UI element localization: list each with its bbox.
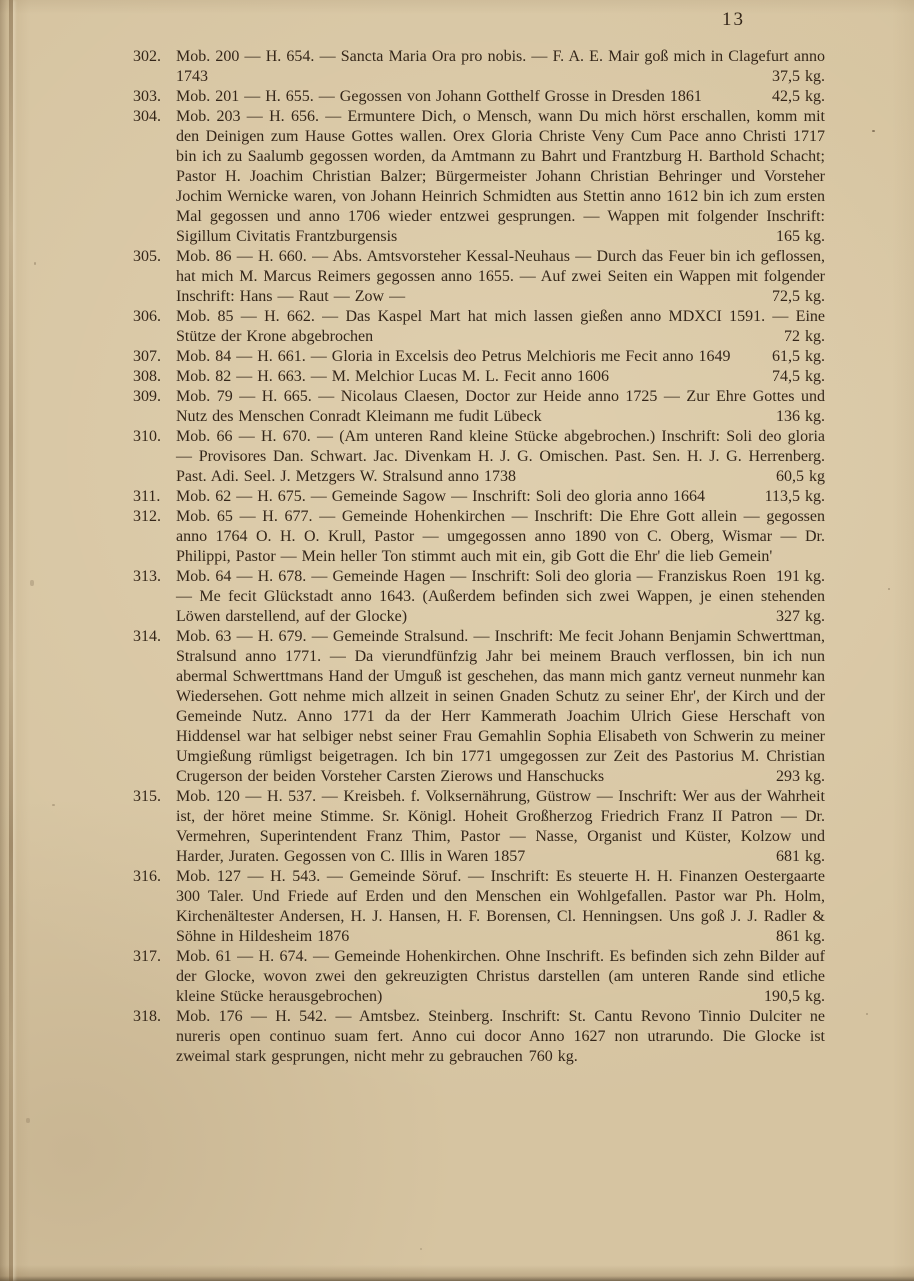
- entry-text: Mob. 62 — H. 675. — Gemeinde Sagow — Ins…: [176, 487, 825, 507]
- entry-weight: 74,5 kg.: [762, 367, 825, 387]
- register-entry-303: 303. Mob. 201 — H. 655. — Gegossen von J…: [133, 87, 825, 107]
- entry-number: 312.: [133, 507, 173, 527]
- entry-description: Mob. 200 — H. 654. — Sancta Maria Ora pr…: [176, 48, 825, 85]
- paper-speck: [34, 262, 36, 265]
- entry-text: Mob. 86 — H. 660. — Abs. Amtsvorsteher K…: [176, 247, 825, 307]
- register-entry-307: 307. Mob. 84 — H. 661. — Gloria in Excel…: [133, 347, 825, 367]
- paper-speck: [872, 130, 875, 132]
- entry-weight: 42,5 kg.: [762, 87, 825, 107]
- register-entry-314: 314. Mob. 63 — H. 679. — Gemeinde Strals…: [133, 627, 825, 787]
- entry-text: Mob. 63 — H. 679. — Gemeinde Stralsund. …: [176, 627, 825, 787]
- register-entry-315: 315. Mob. 120 — H. 537. — Kreisbeh. f. V…: [133, 787, 825, 867]
- entry-text: Mob. 85 — H. 662. — Das Kaspel Mart hat …: [176, 307, 825, 347]
- entry-text: Mob. 201 — H. 655. — Gegossen von Johann…: [176, 87, 825, 107]
- entry-weight: 681 kg.: [766, 847, 825, 867]
- register-entry-311: 311. Mob. 62 — H. 675. — Gemeinde Sagow …: [133, 487, 825, 507]
- entry-text: Mob. 65 — H. 677. — Gemeinde Hohenkirche…: [176, 507, 825, 567]
- entry-weight: 293 kg.: [766, 767, 825, 787]
- entry-weight: 72,5 kg.: [762, 287, 825, 307]
- entry-description: Mob. 62 — H. 675. — Gemeinde Sagow — Ins…: [176, 488, 705, 505]
- paper-speck: [30, 580, 34, 586]
- entry-description: Mob. 66 — H. 670. — (Am unteren Rand kle…: [176, 428, 825, 485]
- register-entry-310: 310. Mob. 66 — H. 670. — (Am unteren Ran…: [133, 427, 825, 487]
- entry-weight: 165 kg.: [766, 227, 825, 247]
- entry-description: Mob. 127 — H. 543. — Gemeinde Söruf. — I…: [176, 868, 825, 945]
- register-entry-313: 313. Mob. 64 — H. 678. — Gemeinde Hagen …: [133, 567, 825, 627]
- bell-register-list: 302. Mob. 200 — H. 654. — Sancta Maria O…: [133, 47, 825, 1067]
- entry-weight: 37,5 kg.: [762, 67, 825, 87]
- entry-weight: 136 kg.: [766, 407, 825, 427]
- entry-description: Mob. 61 — H. 674. — Gemeinde Hohenkirche…: [176, 948, 825, 1005]
- entry-text: Mob. 61 — H. 674. — Gemeinde Hohenkirche…: [176, 947, 825, 1007]
- entry-weight: 760 kg.: [523, 1048, 578, 1065]
- entry-description: Mob. 203 — H. 656. — Ermuntere Dich, o M…: [176, 108, 825, 245]
- entry-text: Mob. 64 — H. 678. — Gemeinde Hagen — Ins…: [176, 567, 825, 627]
- entry-number: 309.: [133, 387, 173, 407]
- entry-description: Mob. 79 — H. 665. — Nicolaus Claesen, Do…: [176, 388, 825, 425]
- entry-weight: 861 kg.: [766, 927, 825, 947]
- entry-text: Mob. 200 — H. 654. — Sancta Maria Ora pr…: [176, 47, 825, 87]
- entry-weight: 327 kg.: [766, 607, 825, 627]
- register-entry-302: 302. Mob. 200 — H. 654. — Sancta Maria O…: [133, 47, 825, 87]
- entry-number: 306.: [133, 307, 173, 327]
- scanned-book-page: 13 302. Mob. 200 — H. 654. — Sancta Mari…: [0, 0, 914, 1281]
- register-entry-318: 318. Mob. 176 — H. 542. — Amtsbez. Stein…: [133, 1007, 825, 1067]
- entry-text: Mob. 127 — H. 543. — Gemeinde Söruf. — I…: [176, 867, 825, 947]
- register-entry-309: 309. Mob. 79 — H. 665. — Nicolaus Claese…: [133, 387, 825, 427]
- entry-description: Mob. 65 — H. 677. — Gemeinde Hohenkirche…: [176, 508, 825, 565]
- entry-number: 316.: [133, 867, 173, 887]
- entry-text: Mob. 82 — H. 663. — M. Melchior Lucas M.…: [176, 367, 825, 387]
- entry-number: 308.: [133, 367, 173, 387]
- register-entry-317: 317. Mob. 61 — H. 674. — Gemeinde Hohenk…: [133, 947, 825, 1007]
- binding-crease: [9, 0, 13, 1281]
- entry-number: 310.: [133, 427, 173, 447]
- entry-weight: 61,5 kg.: [762, 347, 825, 367]
- entry-text: Mob. 176 — H. 542. — Amtsbez. Steinberg.…: [176, 1007, 825, 1067]
- entry-number: 317.: [133, 947, 173, 967]
- paper-speck: [52, 804, 55, 806]
- paper-speck: [420, 1248, 422, 1250]
- entry-weight: 190,5 kg.: [754, 987, 825, 1007]
- entry-number: 302.: [133, 47, 173, 67]
- entry-description: Mob. 84 — H. 661. — Gloria in Excelsis d…: [176, 348, 730, 365]
- entry-text: Mob. 203 — H. 656. — Ermuntere Dich, o M…: [176, 107, 825, 247]
- entry-weight: 60,5 kg: [766, 467, 825, 487]
- register-entry-306: 306. Mob. 85 — H. 662. — Das Kaspel Mart…: [133, 307, 825, 347]
- entry-number: 314.: [133, 627, 173, 647]
- register-entry-305: 305. Mob. 86 — H. 660. — Abs. Amtsvorste…: [133, 247, 825, 307]
- entry-text: Mob. 79 — H. 665. — Nicolaus Claesen, Do…: [176, 387, 825, 427]
- entry-number: 307.: [133, 347, 173, 367]
- entry-weight: 72 kg.: [774, 327, 825, 347]
- entry-number: 313.: [133, 567, 173, 587]
- entry-number: 303.: [133, 87, 173, 107]
- entry-number: 315.: [133, 787, 173, 807]
- register-entry-316: 316. Mob. 127 — H. 543. — Gemeinde Söruf…: [133, 867, 825, 947]
- entry-number: 304.: [133, 107, 173, 127]
- entry-weight: 113,5 kg.: [755, 487, 825, 507]
- paper-speck: [866, 1013, 868, 1015]
- register-entry-312: 312. Mob. 65 — H. 677. — Gemeinde Hohenk…: [133, 507, 825, 567]
- entry-description: Mob. 64 — H. 678. — Gemeinde Hagen — Ins…: [176, 568, 825, 625]
- paper-speck: [26, 1118, 30, 1123]
- page-number: 13: [722, 9, 745, 31]
- entry-number: 311.: [133, 487, 173, 507]
- entry-text: Mob. 84 — H. 661. — Gloria in Excelsis d…: [176, 347, 825, 367]
- entry-text: Mob. 120 — H. 537. — Kreisbeh. f. Volkse…: [176, 787, 825, 867]
- entry-description: Mob. 86 — H. 660. — Abs. Amtsvorsteher K…: [176, 248, 825, 305]
- entry-text: Mob. 66 — H. 670. — (Am unteren Rand kle…: [176, 427, 825, 487]
- entry-description: Mob. 120 — H. 537. — Kreisbeh. f. Volkse…: [176, 788, 825, 865]
- entry-number: 305.: [133, 247, 173, 267]
- entry-description: Mob. 85 — H. 662. — Das Kaspel Mart hat …: [176, 308, 825, 345]
- entry-description: Mob. 201 — H. 655. — Gegossen von Johann…: [176, 88, 702, 105]
- register-entry-304: 304. Mob. 203 — H. 656. — Ermuntere Dich…: [133, 107, 825, 247]
- entry-description: Mob. 176 — H. 542. — Amtsbez. Steinberg.…: [176, 1008, 825, 1065]
- entry-description: Mob. 82 — H. 663. — M. Melchior Lucas M.…: [176, 368, 609, 385]
- entry-number: 318.: [133, 1007, 173, 1027]
- paper-speck: [888, 588, 890, 590]
- entry-description: Mob. 63 — H. 679. — Gemeinde Stralsund. …: [176, 628, 825, 785]
- register-entry-308: 308. Mob. 82 — H. 663. — M. Melchior Luc…: [133, 367, 825, 387]
